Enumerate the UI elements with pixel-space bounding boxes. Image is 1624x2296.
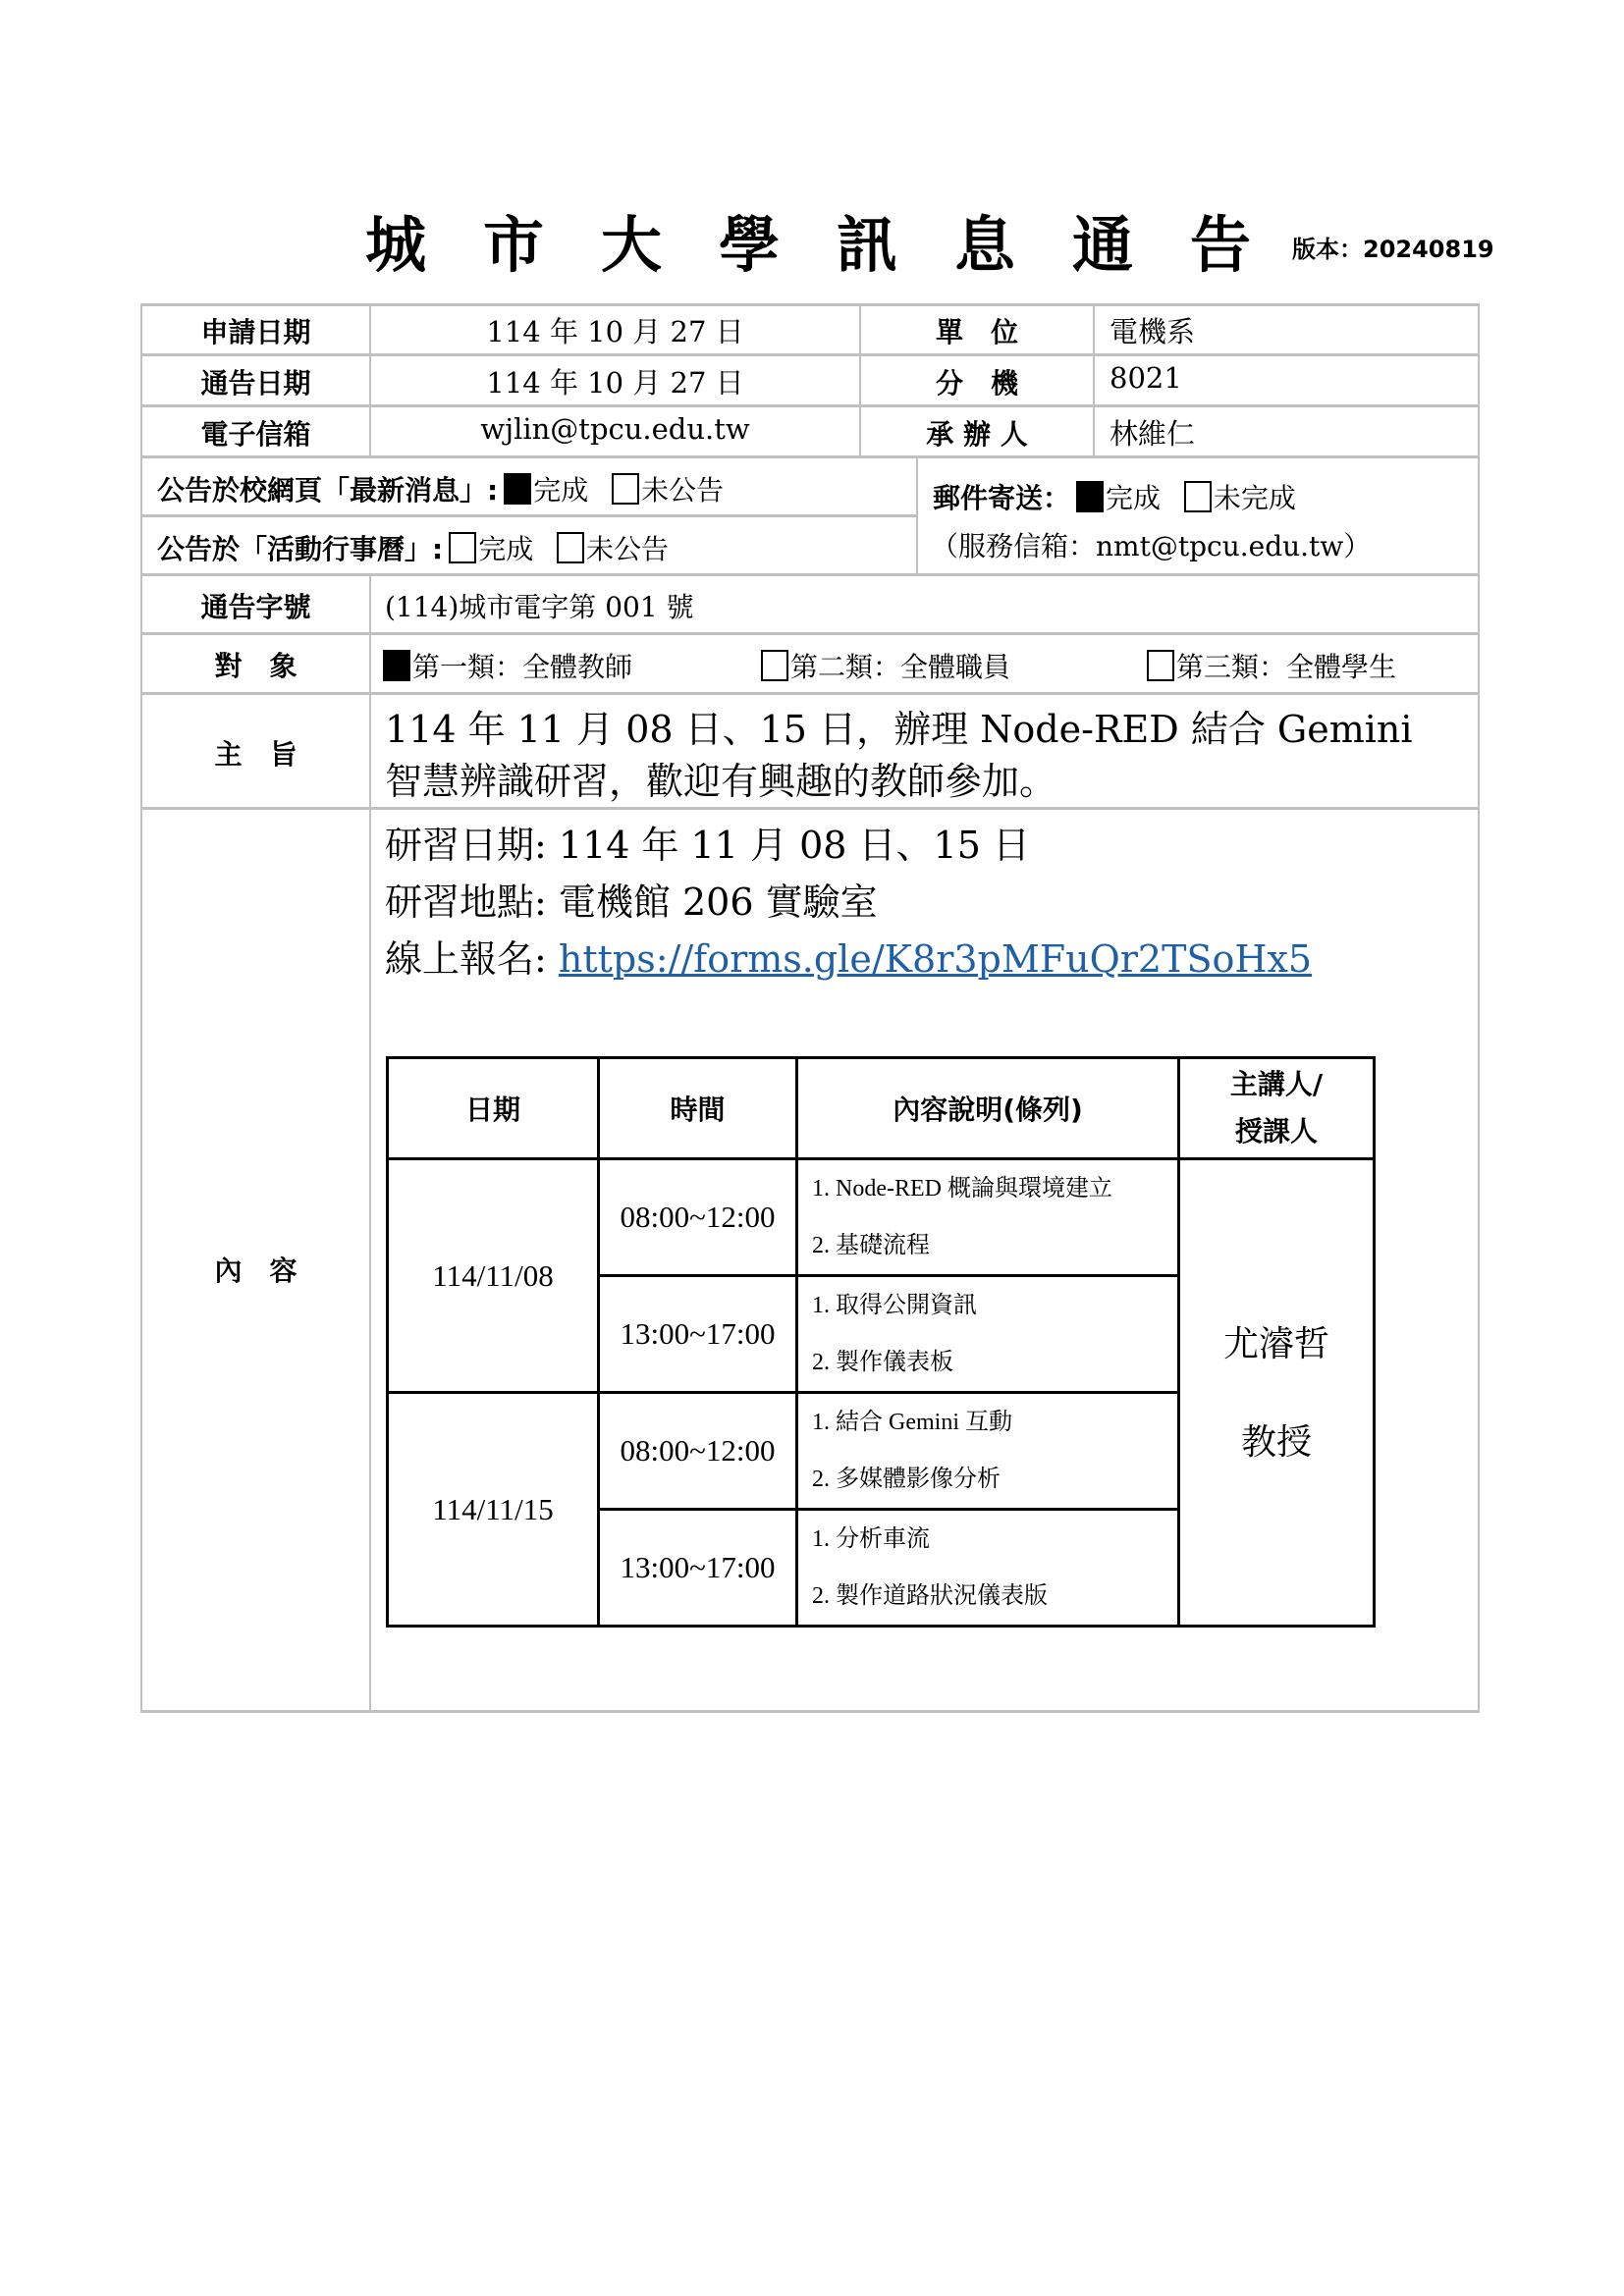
ext-label: 分 機	[861, 362, 1093, 401]
frame-bottom	[140, 1710, 1479, 1713]
training-place: 研習地點: 電機館 206 實驗室	[385, 872, 878, 926]
audience-1-checkbox[interactable]	[383, 650, 410, 681]
frame-left	[140, 303, 142, 1713]
divider	[140, 807, 1479, 810]
ext-value: 8021	[1110, 361, 1182, 395]
training-date-value: 114 年 11 月 08 日、15 日	[559, 824, 1030, 867]
audience-label: 對 象	[142, 645, 369, 684]
web-done-checkbox[interactable]	[504, 473, 531, 505]
day-2-session-1-time: 08:00~12:00	[599, 1393, 797, 1510]
table-header-row: 日期 時間 內容說明(條列) 主講人/授課人	[388, 1058, 1375, 1159]
notice-no-value: (114)城市電字第 001 號	[385, 586, 694, 625]
calendar-publish-label: 公告於「活動行事曆」:	[157, 533, 443, 565]
version-label: 版本：20240819	[1292, 230, 1494, 264]
mail-done-checkbox[interactable]	[1076, 481, 1104, 512]
web-publish-row: 公告於校網頁「最新消息」:完成 未公告	[157, 469, 724, 508]
header-time: 時間	[599, 1058, 797, 1159]
web-not-checkbox[interactable]	[612, 473, 639, 505]
subject-line-2: 智慧辨識研習，歡迎有興趣的教師參加。	[385, 751, 1056, 805]
notice-date-label: 通告日期	[142, 362, 369, 401]
divider	[140, 632, 1479, 635]
signup-label: 線上報名:	[385, 937, 559, 981]
divider	[140, 573, 1479, 576]
header-date: 日期	[388, 1058, 599, 1159]
instructor-title: 教授	[1241, 1422, 1312, 1462]
mail-label: 郵件寄送：	[933, 482, 1070, 514]
unit-label: 單 位	[861, 311, 1093, 350]
calendar-done-checkbox[interactable]	[449, 532, 476, 563]
email-label: 電子信箱	[142, 413, 369, 453]
signup-row: 線上報名: https://forms.gle/K8r3pMFuQr2TSoHx…	[385, 929, 1312, 983]
audience-2-checkbox[interactable]	[761, 650, 788, 681]
day-1-session-2-time: 13:00~17:00	[599, 1276, 797, 1393]
day-1-session-1-items: 1. Node-RED 概論與環境建立2. 基礎流程	[797, 1159, 1179, 1276]
mail-done-text: 完成	[1106, 482, 1161, 514]
list-item: 2. 製作道路狀況儀表版	[812, 1583, 1048, 1609]
schedule-table: 日期 時間 內容說明(條列) 主講人/授課人 114/11/08 08:00~1…	[386, 1056, 1376, 1628]
mail-not-checkbox[interactable]	[1184, 481, 1212, 512]
divider	[1093, 303, 1095, 456]
list-item: 2. 多媒體影像分析	[812, 1467, 1001, 1492]
header-instructor-line1: 主講人/	[1230, 1068, 1323, 1100]
day-2-session-1-items: 1. 結合 Gemini 互動2. 多媒體影像分析	[797, 1393, 1179, 1510]
subject-label: 主 旨	[142, 733, 369, 773]
list-item: 2. 基礎流程	[812, 1233, 930, 1258]
divider	[140, 353, 1479, 356]
day-1-session-2-items: 1. 取得公開資訊2. 製作儀表板	[797, 1276, 1179, 1393]
header-instructor-line2: 授課人	[1235, 1115, 1318, 1148]
list-item: 1. 結合 Gemini 互動	[812, 1410, 1012, 1435]
divider	[140, 455, 1479, 458]
email-value: wjlin@tpcu.edu.tw	[371, 412, 859, 446]
subject-line-1: 114 年 11 月 08 日、15 日，辦理 Node-RED 結合 Gemi…	[385, 699, 1413, 753]
divider	[369, 573, 371, 1713]
list-item: 2. 製作儀表板	[812, 1350, 953, 1375]
audience-1-text: 第一類：全體教師	[412, 651, 632, 683]
audience-3-text: 第三類：全體學生	[1176, 651, 1396, 683]
audience-option-2: 第二類：全體職員	[761, 646, 1010, 685]
header-instructor: 主講人/授課人	[1179, 1058, 1375, 1159]
service-mail: （服務信箱：nmt@tpcu.edu.tw）	[931, 525, 1371, 564]
unit-value: 電機系	[1110, 310, 1195, 350]
divider	[140, 404, 1479, 407]
mail-row: 郵件寄送：完成 未完成	[933, 477, 1296, 516]
mail-not-text: 未完成	[1214, 482, 1296, 514]
day-2-date: 114/11/15	[388, 1393, 599, 1627]
day-2-session-2-time: 13:00~17:00	[599, 1510, 797, 1627]
apply-date-value: 114 年 10 月 27 日	[371, 310, 859, 350]
calendar-done-text: 完成	[478, 533, 533, 565]
instructor-name: 尤濬哲	[1223, 1324, 1329, 1363]
web-publish-label: 公告於校網頁「最新消息」:	[157, 474, 498, 507]
notice-date-value: 114 年 10 月 27 日	[371, 361, 859, 401]
audience-3-checkbox[interactable]	[1147, 650, 1174, 681]
instructor-cell: 尤濬哲教授	[1179, 1159, 1375, 1627]
header-content: 內容說明(條列)	[797, 1058, 1179, 1159]
audience-2-text: 第二類：全體職員	[790, 651, 1010, 683]
list-item: 1. 分析車流	[812, 1526, 930, 1552]
content-label: 內 容	[142, 1250, 369, 1289]
training-date: 研習日期: 114 年 11 月 08 日、15 日	[385, 815, 1030, 869]
calendar-publish-row: 公告於「活動行事曆」:完成 未公告	[157, 528, 669, 567]
page-title: 城市大學訊息通告	[365, 196, 1308, 284]
notice-no-label: 通告字號	[142, 586, 369, 625]
audience-option-1: 第一類：全體教師	[383, 646, 632, 685]
handler-label: 承 辦 人	[861, 413, 1093, 453]
list-item: 1. Node-RED 概論與環境建立	[812, 1176, 1112, 1201]
signup-link[interactable]: https://forms.gle/K8r3pMFuQr2TSoHx5	[559, 937, 1312, 981]
list-item: 1. 取得公開資訊	[812, 1293, 977, 1318]
web-not-text: 未公告	[641, 474, 724, 507]
day-1-session-1-time: 08:00~12:00	[599, 1159, 797, 1276]
audience-option-3: 第三類：全體學生	[1147, 646, 1396, 685]
day-1-date: 114/11/08	[388, 1159, 599, 1393]
handler-value: 林維仁	[1110, 412, 1195, 453]
divider	[140, 692, 1479, 695]
calendar-not-checkbox[interactable]	[557, 532, 584, 563]
apply-date-label: 申請日期	[142, 311, 369, 350]
divider	[140, 514, 916, 517]
divider	[916, 455, 918, 574]
frame-top	[140, 303, 1479, 306]
frame-right	[1478, 303, 1480, 1713]
day-2-session-2-items: 1. 分析車流2. 製作道路狀況儀表版	[797, 1510, 1179, 1627]
web-done-text: 完成	[533, 474, 588, 507]
training-place-label: 研習地點:	[385, 881, 559, 924]
calendar-not-text: 未公告	[586, 533, 669, 565]
training-place-value: 電機館 206 實驗室	[559, 881, 878, 924]
training-date-label: 研習日期:	[385, 824, 559, 867]
table-row: 114/11/08 08:00~12:00 1. Node-RED 概論與環境建…	[388, 1159, 1375, 1276]
